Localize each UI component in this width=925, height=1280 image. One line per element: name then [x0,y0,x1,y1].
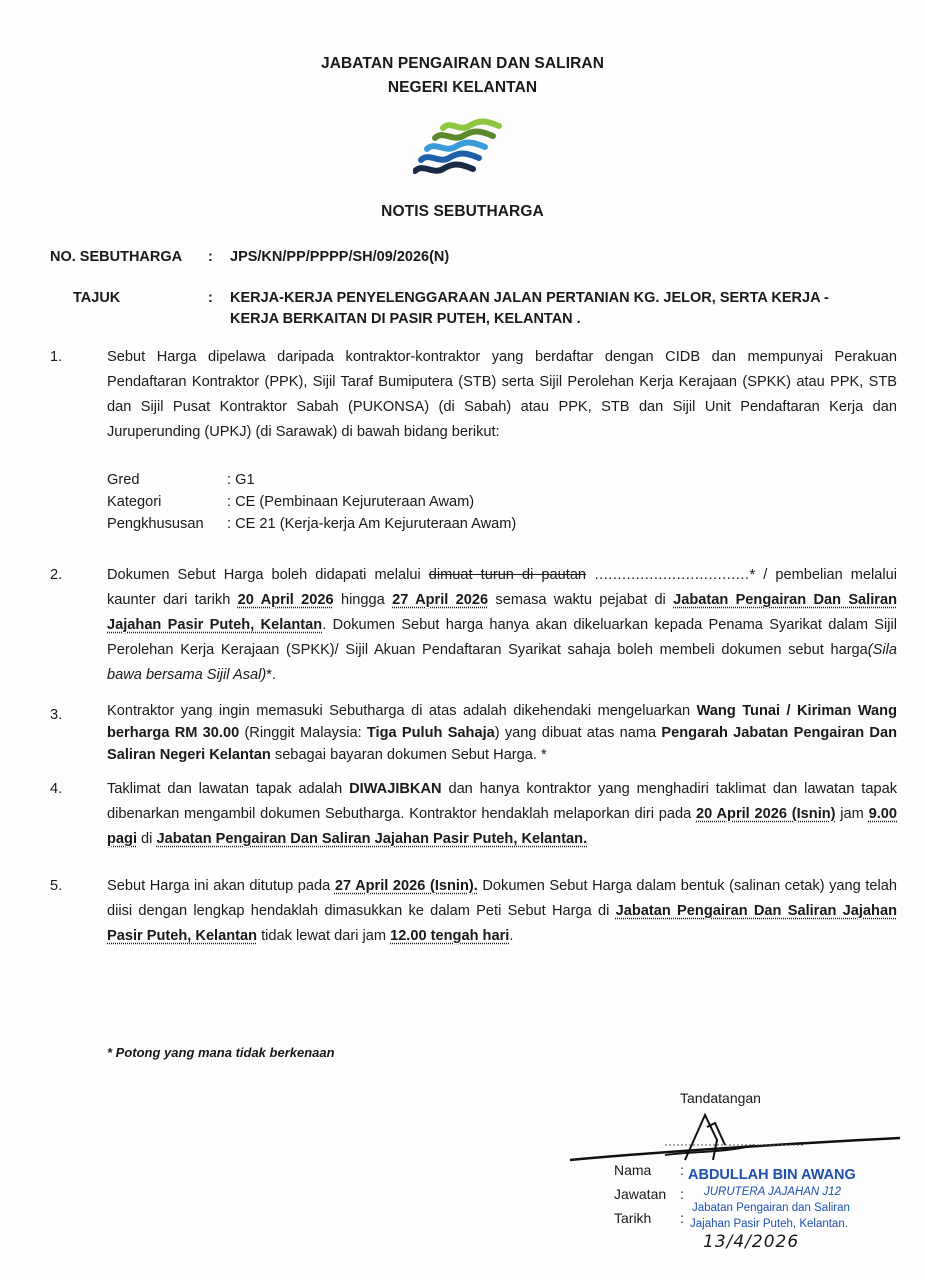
notice-page: JABATAN PENGAIRAN DAN SALIRAN NEGERI KEL… [0,0,925,1280]
para-2: Dokumen Sebut Harga boleh didapati melal… [107,563,897,688]
para-1: Sebut Harga dipelawa daripada kontraktor… [107,345,897,445]
spec-list: Gred: G1 Kategori: CE (Pembinaan Kejurut… [107,469,516,535]
name-label: Nama [614,1162,651,1178]
para-4: Taklimat dan lawatan tapak adalah DIWAJI… [107,777,897,852]
closing-time: 12.00 tengah hari [390,928,509,944]
ref-label: NO. SEBUTHARGA [50,249,182,265]
stamp-dept-line-2: Jajahan Pasir Puteh, Kelantan. [690,1218,848,1230]
stamp-title: JURUTERA JAJAHAN J12 [704,1186,841,1198]
spec-category: Kategori: CE (Pembinaan Kejuruteraan Awa… [107,491,516,513]
close-date: 27 April 2026 [392,592,488,608]
signature-heading: Tandatangan [680,1090,761,1106]
briefing-location: Jabatan Pengairan Dan Saliran Jajahan Pa… [156,831,587,847]
para-3: Kontraktor yang ingin memasuki Sebutharg… [107,700,897,766]
para-1-number: 1. [50,349,62,365]
jps-wave-logo-icon [413,118,517,182]
ref-colon: : [208,249,213,265]
department-name: JABATAN PENGAIRAN DAN SALIRAN [0,55,925,73]
notice-title: NOTIS SEBUTHARGA [0,203,925,221]
briefing-date: 20 April 2026 (Isnin) [696,806,836,822]
para-4-number: 4. [50,781,62,797]
title-line-2: KERJA BERKAITAN DI PASIR PUTEH, KELANTAN… [230,311,581,327]
state-name: NEGERI KELANTAN [0,79,925,97]
spec-specialization: Pengkhususan: CE 21 (Kerja-kerja Am Keju… [107,513,516,535]
date-label: Tarikh [614,1210,651,1226]
stamp-name: ABDULLAH BIN AWANG [688,1167,856,1183]
stamp-dept-line-1: Jabatan Pengairan dan Saliran [692,1202,850,1214]
footnote: * Potong yang mana tidak berkenaan [107,1045,335,1060]
closing-date: 27 April 2026 (Isnin). [335,878,478,894]
title-label: TAJUK [73,290,120,306]
struck-download-link-text: dimuat turun di pautan [429,567,586,583]
ref-value: JPS/KN/PP/PPPP/SH/09/2026(N) [230,249,449,265]
open-date: 20 April 2026 [238,592,334,608]
handwritten-signature-icon [565,1105,910,1165]
handwritten-date: 13/4/2026 [703,1232,799,1252]
position-label: Jawatan [614,1186,666,1202]
spec-grade: Gred: G1 [107,469,516,491]
title-colon: : [208,290,213,306]
para-2-number: 2. [50,567,62,583]
para-3-number: 3. [50,707,62,723]
title-line-1: KERJA-KERJA PENYELENGGARAAN JALAN PERTAN… [230,290,829,306]
para-5: Sebut Harga ini akan ditutup pada 27 Apr… [107,874,897,949]
para-5-number: 5. [50,878,62,894]
